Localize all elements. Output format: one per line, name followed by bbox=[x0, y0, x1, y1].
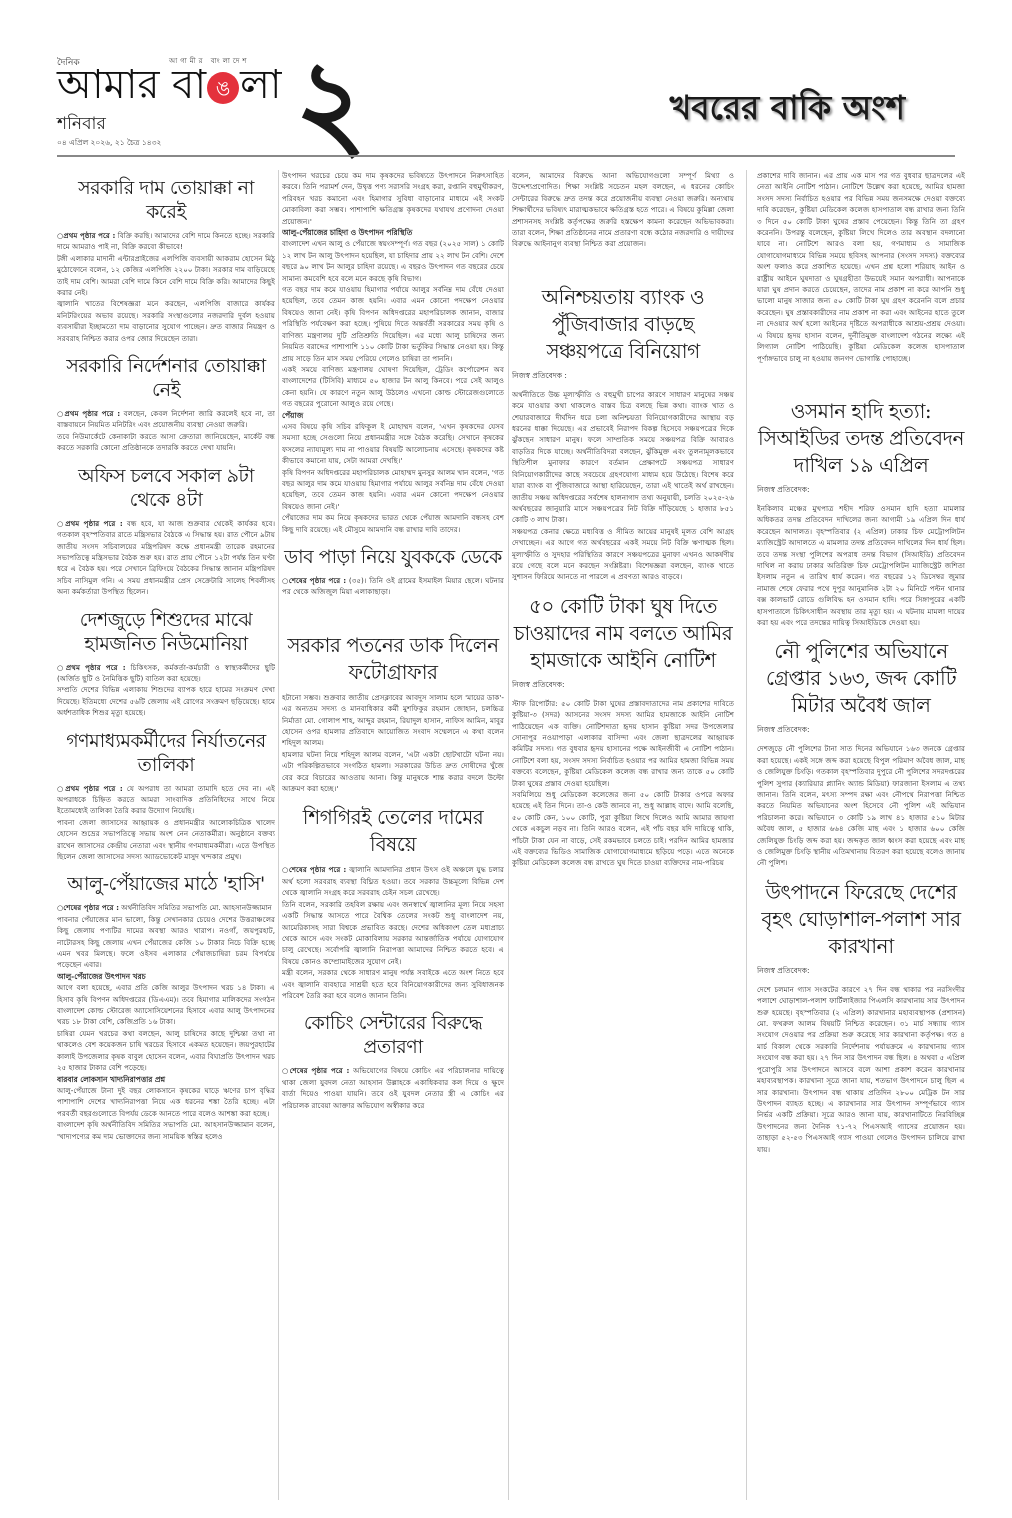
article-oil-price: শিগগিরই তেলের দামের বিষয়ে ○শেষের পৃষ্ঠা… bbox=[282, 804, 504, 1001]
subheading: আলু-পেঁয়াজের চাহিদা ও উৎপাদন পরিস্থিতি bbox=[282, 227, 504, 238]
article-fertilizer-factory: উৎপাদনে ফিরেছে দেশের বৃহৎ ঘোড়াশাল-পলাশ … bbox=[757, 879, 965, 1155]
logo-text-right: লা bbox=[240, 62, 281, 108]
article-legal-notice-continued: প্রকাশের দাবি জানান। এর প্রায় এক মাস পর… bbox=[757, 170, 965, 364]
headline: সরকারি দাম তোয়াক্কা না করেই bbox=[57, 176, 275, 224]
article-body: ○প্রথম পৃষ্ঠার পরে : বিক্রি করছি। আমাদের… bbox=[57, 230, 275, 344]
paragraph: বন্ধ হবে, যা আজ শুক্রবার থেকেই কার্যকর হ… bbox=[57, 519, 275, 596]
article-body: ○শেষের পৃষ্ঠার পরে : অভিযোগের বিষয়ে কোচ… bbox=[282, 1065, 504, 1111]
paragraph: পাবনা জেলা জাসাসের আহ্বায়ক ও প্রধানমন্ত… bbox=[57, 817, 275, 863]
jump-lead: ○শেষের পৃষ্ঠার পরে : bbox=[282, 576, 346, 585]
newspaper-logo: আমার বাঙলা bbox=[57, 63, 281, 107]
paragraph: পেঁয়াজের দাম কম নিয়ে কৃষকদের ভারত থেকে… bbox=[282, 512, 504, 535]
article-body: ইনকিলাব মঞ্চের মুখপাত্র শহীদ শরিফ ওসমান … bbox=[757, 503, 965, 628]
jump-lead: ○প্রথম পৃষ্ঠার পরে : bbox=[57, 231, 115, 240]
paragraph: অর্থনীতিবিদ সমিতির সভাপতি মো. আহসানউজ্জা… bbox=[119, 903, 272, 912]
article-body: বলেন, আমাদের বিরুদ্ধে আনা অভিযোগগুলো সম্… bbox=[512, 170, 734, 250]
jump-lead: ○প্রথম পৃষ্ঠার পরে : bbox=[57, 409, 120, 418]
article-body: ○শেষের পৃষ্ঠার পরে : (৩৫)। তিনি ওই গ্রাম… bbox=[282, 575, 504, 598]
paragraph: প্রকাশের দাবি জানান। এর প্রায় এক মাস পর… bbox=[757, 170, 965, 364]
headline: নৌ পুলিশের অভিযানে গ্রেপ্তার ১৬৩, জব্দ ক… bbox=[757, 638, 965, 719]
paragraph: আলু-পেঁয়াজে টানা দুই বছর লোকসানে কৃষকের… bbox=[57, 1085, 275, 1119]
paragraph: জ্বালানি খাতের বিশেষজ্ঞরা মনে করছেন, এলপ… bbox=[57, 298, 275, 344]
page-number: ২ bbox=[295, 50, 367, 156]
issue-date: ০৪ এপ্রিল ২০২৬, ২১ চৈত্র ১৪৩২ bbox=[57, 138, 161, 150]
column-divider bbox=[746, 170, 747, 1500]
article-coconut: ডাব পাড়া নিয়ে যুবককে ডেকে ○শেষের পৃষ্ঠ… bbox=[282, 545, 504, 598]
paragraph: দেশজুড়ে নৌ পুলিশের টানা সাত দিনের অভিযা… bbox=[757, 743, 965, 868]
column-divider bbox=[278, 170, 279, 1500]
article-body: স্টাফ রিপোর্টার: ৫০ কোটি টাকা ঘুষের প্রস… bbox=[512, 698, 734, 869]
subheading: পেঁয়াজ bbox=[282, 410, 504, 421]
column-4: প্রকাশের দাবি জানান। এর প্রায় এক মাস পর… bbox=[757, 170, 965, 1500]
paragraph: স্টাফ রিপোর্টার: ৫০ কোটি টাকা ঘুষের প্রস… bbox=[512, 698, 734, 789]
paragraph: এসব বিষয়ে কৃষি সচিব রফিকুল ই মোহাম্মদ ব… bbox=[282, 421, 504, 467]
article-body: দেশজুড়ে নৌ পুলিশের টানা সাত দিনের অভিযা… bbox=[757, 743, 965, 868]
paragraph: হটানো সম্ভব। শুক্রবার জাতীয় প্রেসক্লাবে… bbox=[282, 692, 504, 749]
paragraph: মন্ত্রী বলেন, সরকার থেকে সাধারণ মানুষ পর… bbox=[282, 967, 504, 1001]
headline: গণমাধ্যমকর্মীদের নির্যাতনের তালিকা bbox=[57, 729, 275, 777]
headline: ওসমান হাদি হত্যা: সিআইডির তদন্ত প্রতিবেদ… bbox=[757, 398, 965, 479]
paragraph: চাষিরা যেমন খরচের কথা বলছেন, আলু চাষিদের… bbox=[57, 1028, 275, 1074]
column-1: সরকারি দাম তোয়াক্কা না করেই ○প্রথম পৃষ্… bbox=[57, 170, 275, 1500]
paragraph: টঙ্গী এলাকার মাদানী এন্টারপ্রাইজের এলপিজ… bbox=[57, 253, 275, 299]
paragraph: আগে বলা হয়েছে, এবার প্রতি কেজি আলুর উৎপ… bbox=[57, 982, 275, 1028]
article-body: অর্থনীতিতে উচ্চ মূল্যস্ফীতি ও বহুমুখী চা… bbox=[512, 389, 734, 583]
paragraph: পাবনার পেঁয়াজের মান ভালো, কিন্তু সেখানক… bbox=[57, 914, 275, 971]
paragraph: হামলার ঘটনা নিয়ে শহিদুল আলম বলেন, 'এটা … bbox=[282, 749, 504, 795]
article-body: উৎপাদন খরচের চেয়ে কম দাম কৃষকদের ভবিষ্য… bbox=[282, 170, 504, 535]
article-body: হটানো সম্ভব। শুক্রবার জাতীয় প্রেসক্লাবে… bbox=[282, 692, 504, 795]
article-body: দেশে চলমান গ্যাস সংকটের কারণে ২৭ দিন বন্… bbox=[757, 984, 965, 1155]
paragraph: তিনি বলেন, সরকারি তহবিল রক্ষায় এবং জনস্… bbox=[282, 899, 504, 967]
article-potato-onion: আলু-পেঁয়াজের মাঠে 'হাসি' ○শেষের পৃষ্ঠার… bbox=[57, 872, 275, 1142]
headline: অনিশ্চয়তায় ব্যাংক ও পুঁজিবাজার বাড়ছে … bbox=[512, 284, 734, 365]
masthead-divider bbox=[57, 155, 955, 157]
column-divider bbox=[508, 170, 509, 1500]
paragraph: বলেন, আমাদের বিরুদ্ধে আনা অভিযোগগুলো সম্… bbox=[512, 170, 734, 250]
paragraph: দেশে চলমান গ্যাস সংকটের কারণে ২৭ দিন বন্… bbox=[757, 984, 965, 1155]
paragraph: সম্প্রতি দেশের বিভিন্ন এলাকায় শিশুদের ব… bbox=[57, 684, 275, 718]
logo-red-circle-icon: ঙ bbox=[207, 72, 239, 104]
subheading: আলু-পেঁয়াজের উৎপাদন খরচ bbox=[57, 971, 275, 982]
article-directive: সরকারি নির্দেশনার তোয়াক্কা নেই ○প্রথম প… bbox=[57, 354, 275, 454]
headline: উৎপাদনে ফিরেছে দেশের বৃহৎ ঘোড়াশাল-পলাশ … bbox=[757, 879, 965, 960]
jump-lead: ○প্রথম পৃষ্ঠার পরে : bbox=[57, 663, 126, 672]
jump-lead: ○শেষের পৃষ্ঠার পরে : bbox=[57, 903, 119, 912]
byline: নিজস্ব প্রতিবেদক: bbox=[757, 485, 965, 497]
headline: ৫০ কোটি টাকা ঘুষ দিতে চাওয়াদের নাম বলতে… bbox=[512, 593, 734, 674]
headline: আলু-পেঁয়াজের মাঠে 'হাসি' bbox=[57, 872, 275, 896]
headline: কোচিং সেন্টারের বিরুদ্ধে প্রতারণা bbox=[282, 1011, 504, 1059]
article-potato-onion-continued: উৎপাদন খরচের চেয়ে কম দাম কৃষকদের ভবিষ্য… bbox=[282, 170, 504, 535]
article-coaching-fraud: কোচিং সেন্টারের বিরুদ্ধে প্রতারণা ○শেষের… bbox=[282, 1011, 504, 1111]
article-body: ○প্রথম পৃষ্ঠার পরে : চিকিৎসক, কর্মকর্তা-… bbox=[57, 662, 275, 719]
paragraph: একই সময়ে বাণিজ্য মন্ত্রণালয় ঘোষণা দিয়… bbox=[282, 364, 504, 410]
headline: সরকার পতনের ডাক দিলেন ফটোগ্রাফার bbox=[282, 632, 504, 686]
weekday: শনিবার bbox=[57, 111, 106, 139]
article-river-police: নৌ পুলিশের অভিযানে গ্রেপ্তার ১৬৩, জব্দ ক… bbox=[757, 638, 965, 868]
paragraph: তবে নিউমার্কেটে কেনাকাটা করতে আসা ক্রেতা… bbox=[57, 431, 275, 454]
jump-lead: ○প্রথম পৃষ্ঠার পরে : bbox=[57, 784, 123, 793]
article-lpg-price: সরকারি দাম তোয়াক্কা না করেই ○প্রথম পৃষ্… bbox=[57, 176, 275, 344]
article-body: প্রকাশের দাবি জানান। এর প্রায় এক মাস পর… bbox=[757, 170, 965, 364]
paragraph: উৎপাদন খরচের চেয়ে কম দাম কৃষকদের ভবিষ্য… bbox=[282, 170, 504, 227]
article-savings-certificate: অনিশ্চয়তায় ব্যাংক ও পুঁজিবাজার বাড়ছে … bbox=[512, 284, 734, 583]
article-body: ○প্রথম পৃষ্ঠার পরে : যে অপরাধ তা আমরা তা… bbox=[57, 783, 275, 863]
jump-lead: ○প্রথম পৃষ্ঠার পরে : bbox=[57, 519, 123, 528]
paragraph: অর্থনীতিতে উচ্চ মূল্যস্ফীতি ও বহুমুখী চা… bbox=[512, 389, 734, 526]
paragraph: বাংলাদেশ কৃষি অর্থনীতিবিদ সমিতির সভাপতি … bbox=[57, 1119, 275, 1142]
byline: নিজস্ব প্রতিবেদক : bbox=[512, 371, 734, 383]
section-title: খবরের বাকি অংশ bbox=[670, 82, 905, 138]
article-body: ○শেষের পৃষ্ঠার পরে : অর্থনীতিবিদ সমিতির … bbox=[57, 902, 275, 1142]
byline: নিজস্ব প্রতিবেদক: bbox=[512, 680, 734, 692]
byline: নিজস্ব প্রতিবেদক: bbox=[757, 725, 965, 737]
article-journalists-list: গণমাধ্যমকর্মীদের নির্যাতনের তালিকা ○প্রথ… bbox=[57, 729, 275, 863]
article-body: ○প্রথম পৃষ্ঠার পরে : বন্ধ হবে, যা আজ শুক… bbox=[57, 518, 275, 598]
logo-text-left: আমার বা bbox=[57, 62, 206, 108]
headline: সরকারি নির্দেশনার তোয়াক্কা নেই bbox=[57, 354, 275, 402]
headline: দেশজুড়ে শিশুদের মাঝে হামজনিত নিউমোনিয়া bbox=[57, 608, 275, 656]
byline: নিজস্ব প্রতিবেদক: bbox=[757, 966, 965, 978]
headline: ডাব পাড়া নিয়ে যুবককে ডেকে bbox=[282, 545, 504, 569]
masthead: দৈনিক আগামীর বাংলাদেশ আমার বাঙলা শনিবার … bbox=[57, 55, 957, 155]
article-body: ○প্রথম পৃষ্ঠার পরে : বলছেন, কেবল নির্দেশ… bbox=[57, 408, 275, 454]
article-osman-hadi: ওসমান হাদি হত্যা: সিআইডির তদন্ত প্রতিবেদ… bbox=[757, 398, 965, 628]
paragraph: সবমিলিয়ে শুধু মেডিকেল কলেজের জন্য ৫০ কো… bbox=[512, 789, 734, 869]
paragraph: ইনকিলাব মঞ্চের মুখপাত্র শহীদ শরিফ ওসমান … bbox=[757, 503, 965, 628]
headline: শিগগিরই তেলের দামের বিষয়ে bbox=[282, 804, 504, 858]
article-coaching-continued: বলেন, আমাদের বিরুদ্ধে আনা অভিযোগগুলো সম্… bbox=[512, 170, 734, 250]
article-office-hours: অফিস চলবে সকাল ৯টা থেকে ৪টা ○প্রথম পৃষ্ঠ… bbox=[57, 464, 275, 598]
article-measles: দেশজুড়ে শিশুদের মাঝে হামজনিত নিউমোনিয়া… bbox=[57, 608, 275, 719]
subheading: বারবার লোকসান খাদ্যনিরাপত্তার প্রশ্ন bbox=[57, 1074, 275, 1085]
column-3: বলেন, আমাদের বিরুদ্ধে আনা অভিযোগগুলো সম্… bbox=[512, 170, 734, 1500]
headline: অফিস চলবে সকাল ৯টা থেকে ৪টা bbox=[57, 464, 275, 512]
paragraph: কৃষি বিপণন অধিদপ্তরের মহাপরিচালক মোহাম্ম… bbox=[282, 467, 504, 513]
paragraph: সঞ্চয়পত্র কেনার ক্ষেত্রে মধ্যবিত্ত ও সী… bbox=[512, 526, 734, 583]
article-photographer: সরকার পতনের ডাক দিলেন ফটোগ্রাফার হটানো স… bbox=[282, 632, 504, 795]
jump-lead: ○শেষের পৃষ্ঠার পরে : bbox=[282, 865, 346, 874]
paragraph: বাংলাদেশ এখন আলু ও পেঁয়াজে স্বয়ংসম্পূর… bbox=[282, 238, 504, 284]
paragraph: গত বছর দাম কমে যাওয়ায় হিমাগার পর্যায়ে… bbox=[282, 284, 504, 364]
article-body: ○শেষের পৃষ্ঠার পরে : জ্বালানি আমদানির প্… bbox=[282, 864, 504, 1001]
jump-lead: ○শেষের পৃষ্ঠার পরে : bbox=[282, 1066, 349, 1075]
column-2: উৎপাদন খরচের চেয়ে কম দাম কৃষকদের ভবিষ্য… bbox=[282, 170, 504, 1500]
article-legal-notice: ৫০ কোটি টাকা ঘুষ দিতে চাওয়াদের নাম বলতে… bbox=[512, 593, 734, 869]
